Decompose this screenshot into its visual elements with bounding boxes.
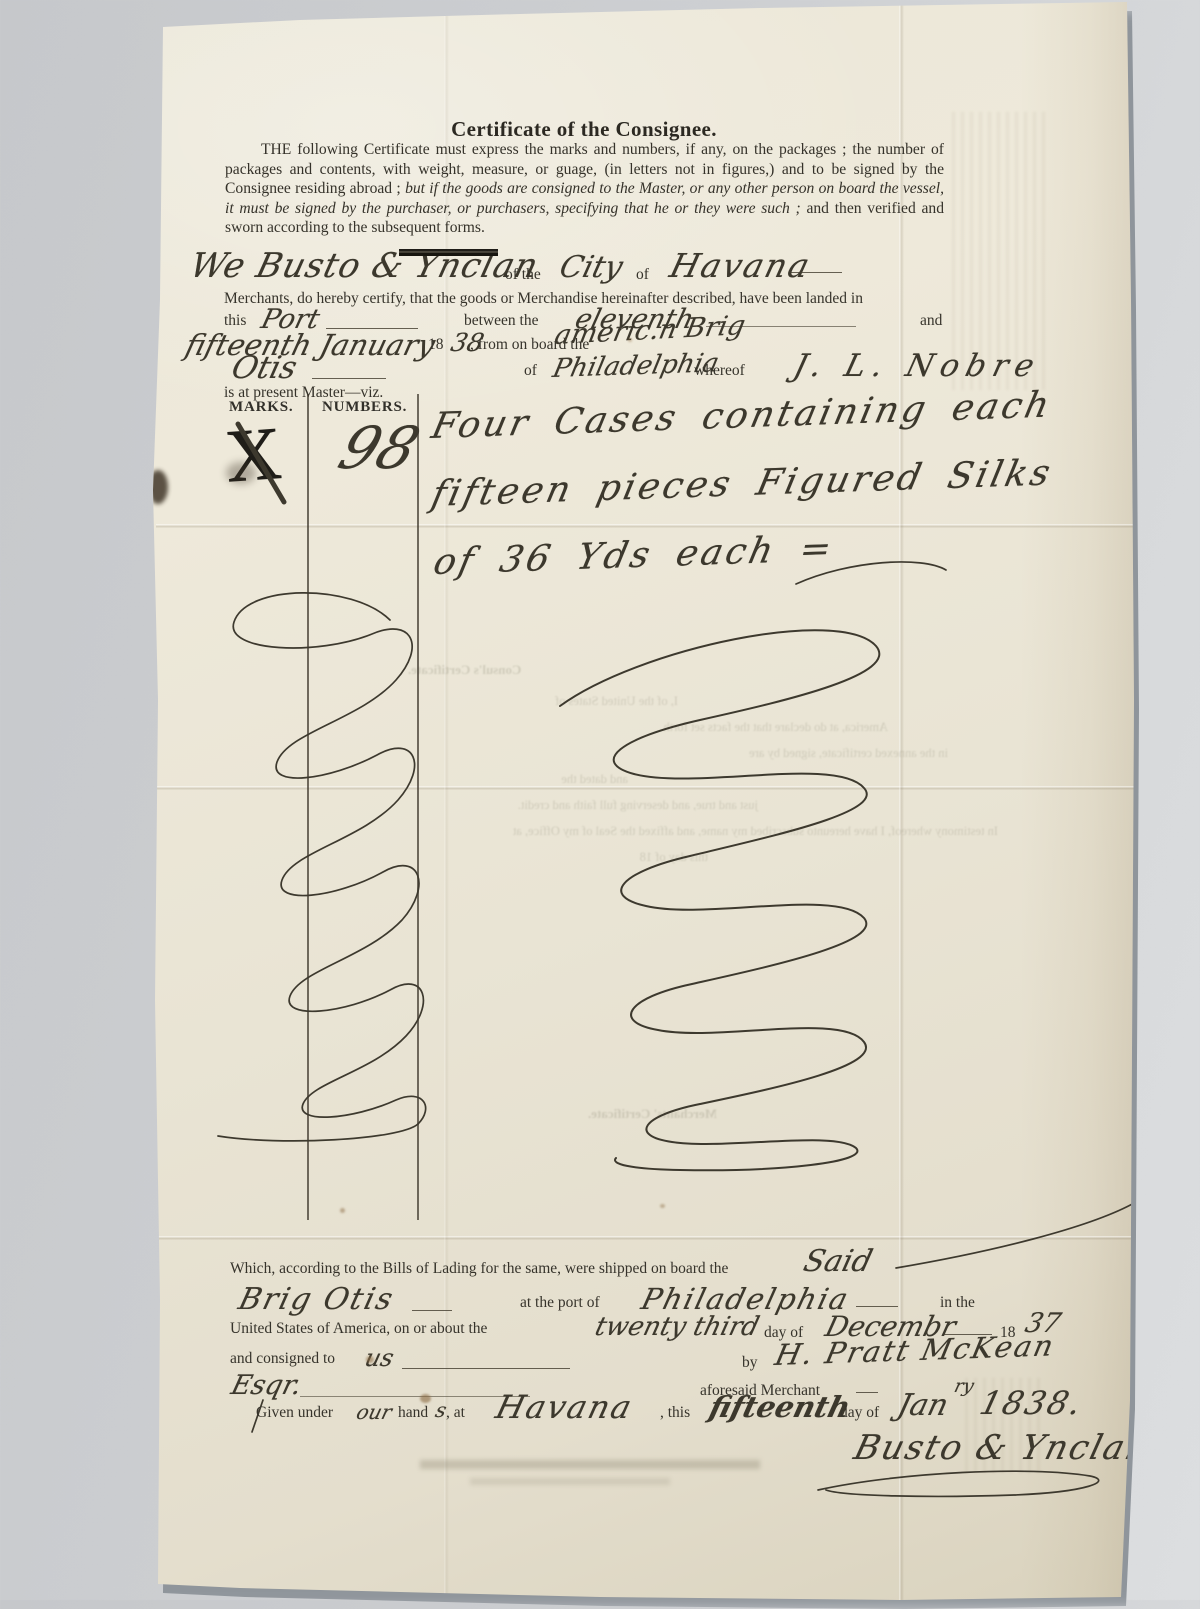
printed-comma-at: , at	[446, 1404, 465, 1422]
printed-day-of2: day of	[840, 1404, 879, 1422]
bleed-through-smudge	[420, 1460, 760, 1469]
printed-usa-line: United States of America, on or about th…	[230, 1320, 487, 1338]
printed-whereof: whereof	[694, 362, 745, 380]
printed-hand: hand	[398, 1404, 428, 1422]
printed-this2: , this	[660, 1404, 690, 1422]
foxing-spot	[340, 1208, 345, 1213]
month2-handwritten: Jan	[894, 1388, 952, 1423]
printed-and: and	[920, 312, 942, 330]
ink-smudge	[148, 470, 168, 504]
printed-lading-line: Which, according to the Bills of Lading …	[230, 1260, 728, 1278]
description-line-3: of 36 Yds each =	[430, 528, 838, 583]
pen-dash	[402, 1368, 570, 1369]
document-paper: Consul's Certificate. I, of the United S…	[0, 0, 1200, 1600]
table-rule-vertical	[307, 394, 309, 1220]
foxing-spot	[366, 1356, 374, 1363]
said-handwritten: Said	[800, 1244, 876, 1279]
pen-ascender-stroke	[896, 1202, 1136, 1268]
pen-dash	[312, 378, 386, 379]
our-handwritten: our	[354, 1400, 394, 1424]
ink-smudge	[226, 462, 256, 484]
printed-year-prefix: 18	[428, 336, 444, 354]
bleed-through-smudge	[470, 1478, 670, 1485]
bleed-through-consul-text: I, of the United States of America, at d…	[186, 688, 1008, 870]
signature-underline-flourish	[818, 1471, 1099, 1496]
bleed-through-consul-heading: Consul's Certificate.	[408, 662, 521, 678]
description-line-1: Four Cases containing each	[428, 385, 1056, 447]
place2-handwritten: Havana	[492, 1388, 637, 1426]
printed-at-the-port-of: at the port of	[520, 1294, 600, 1312]
mark-x-value: X	[223, 410, 284, 501]
place-handwritten: Havana	[666, 246, 815, 285]
year3-handwritten: 1838.	[976, 1384, 1087, 1422]
printed-by: by	[742, 1354, 758, 1372]
second-date-handwritten: fifteenth January	[182, 328, 439, 362]
pen-dash	[412, 1310, 452, 1311]
signature-handwritten: Busto & Ynclan	[850, 1428, 1155, 1468]
photo-of-document: Consul's Certificate. I, of the United S…	[0, 0, 1200, 1600]
city-handwritten: City	[556, 250, 626, 285]
pen-dash	[790, 272, 842, 273]
shipper-handwritten: H. Pratt McKean	[772, 1328, 1058, 1372]
vessel-name-handwritten: Otis	[228, 350, 301, 386]
esquire-handwritten: Esqr.	[228, 1370, 305, 1401]
day-handwritten: twenty third	[592, 1312, 762, 1342]
preamble-paragraph: THE following Certificate must express t…	[225, 140, 944, 238]
foxing-spot	[628, 338, 632, 342]
date2-handwritten: fifteenth	[706, 1390, 854, 1424]
description-line-2: fifteen pieces Figured Silks	[428, 453, 1057, 515]
fold-crease-horizontal	[156, 1236, 1134, 1240]
printed-given-under: Given under	[256, 1404, 333, 1422]
master-handwritten: J. L. Nobre	[790, 348, 1045, 384]
pen-dash	[856, 1306, 898, 1307]
fold-crease-horizontal	[156, 524, 1134, 528]
foxing-spot	[420, 1394, 431, 1403]
brig-handwritten: Brig Otis	[235, 1282, 398, 1317]
foxing-spot	[660, 1204, 665, 1208]
printed-of-the: of the	[505, 266, 541, 284]
printed-of: of	[636, 266, 649, 284]
number-value-handwritten: 98	[330, 414, 429, 482]
port-shipped-handwritten: Philadelphia	[638, 1282, 853, 1316]
pen-dash	[300, 1396, 530, 1397]
printed-consigned-to: and consigned to	[230, 1350, 335, 1368]
bleed-through-merchants-heading: Merchants' Certificate.	[588, 1106, 717, 1122]
pen-dash	[856, 1392, 878, 1393]
table-rule-vertical	[417, 394, 419, 1220]
document-title: Certificate of the Consignee.	[224, 117, 944, 142]
printed-of2: of	[524, 362, 537, 380]
ink-bar	[399, 249, 498, 256]
